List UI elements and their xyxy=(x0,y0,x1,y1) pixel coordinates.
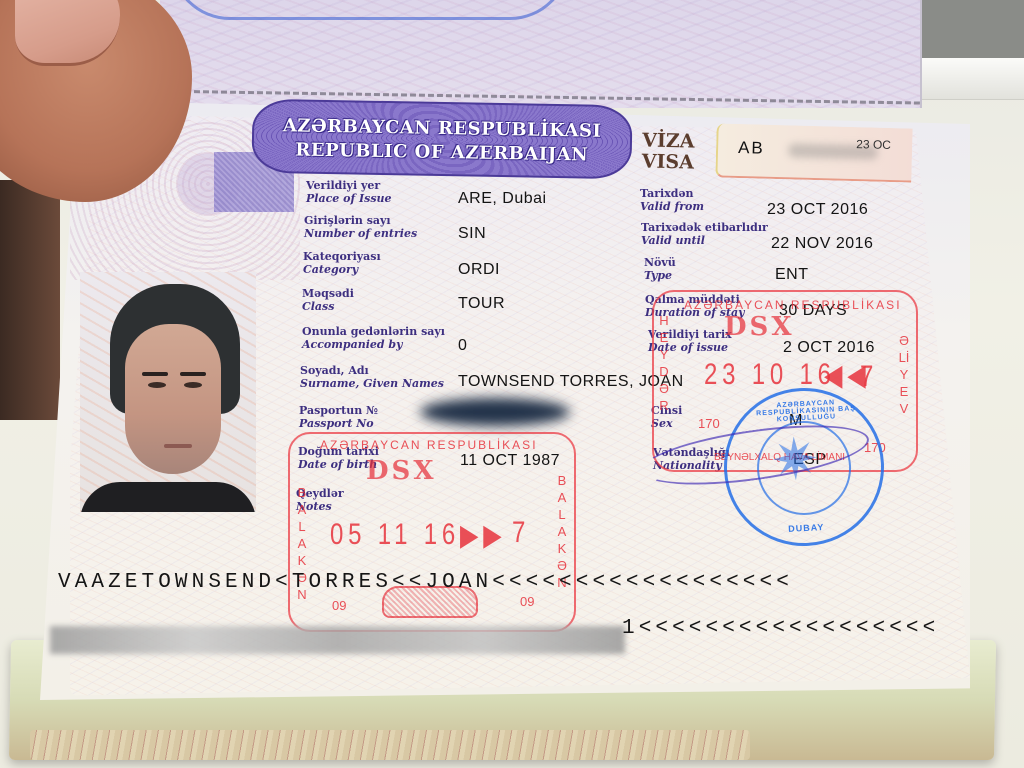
stamp-emblem-text: DSX xyxy=(724,312,795,342)
field-label-class: Məqsədi Class xyxy=(302,287,354,313)
field-label-passport-no: Pasportun № Passport No xyxy=(299,404,378,430)
visa-number-prefix: AB xyxy=(738,138,765,159)
field-label-valid-from: Tarixdən Valid from xyxy=(640,187,704,213)
blue-stamp-fragment xyxy=(170,0,570,20)
seal-city: DUBAY xyxy=(788,522,825,534)
stamp-code: 09 xyxy=(332,598,346,613)
stamp-arc-text: AZƏRBAYCAN RESPUBLİKASI xyxy=(684,298,902,312)
stamp-date: 23 10 16 xyxy=(704,358,836,392)
photo-mouth xyxy=(164,444,192,448)
entry-stamp: AZƏRBAYCAN RESPUBLİKASI DSX BALAKƏN BALA… xyxy=(288,432,576,632)
photo-face xyxy=(125,324,221,474)
mrz-line-1: VAAZETOWNSEND<TORRES<<JOAN<<<<<<<<<<<<<<… xyxy=(58,571,793,594)
visa-number-suffix: 23 OC xyxy=(856,137,891,152)
stamp-direction: ▶▶ xyxy=(460,518,507,553)
holder-photo xyxy=(80,272,256,512)
background-hand-shadow xyxy=(0,180,60,420)
stamp-code: 09 xyxy=(520,594,534,609)
stamp-emblem-text: DSX xyxy=(366,456,437,486)
stamp-side-text: HEYDƏR xyxy=(658,312,670,414)
field-value-number-of-entries: SIN xyxy=(458,225,486,243)
banner-title-az: AZƏRBAYCAN RESPUBLİKASI xyxy=(254,115,630,143)
passport-number-redacted xyxy=(420,398,570,426)
photo-brow xyxy=(180,372,206,376)
photo-eye xyxy=(148,382,166,388)
passport-page-stack xyxy=(30,730,750,760)
field-value-category: ORDI xyxy=(458,261,500,279)
stamp-code: 170 xyxy=(698,416,720,431)
field-label-surname-given-names: Soyadı, Adı Surname, Given Names xyxy=(300,364,444,390)
field-value-surname-given-names: TOWNSEND TORRES, JOAN xyxy=(458,373,684,391)
document-type: VİZA VISA xyxy=(642,130,695,173)
field-value-accompanied-by: 0 xyxy=(458,337,467,355)
field-label-category: Kateqoriyası Category xyxy=(303,250,381,276)
seal-ring-text: AZƏRBAYCAN RESPUBLİKASININ BAŞ KONSULLUĞ… xyxy=(746,398,867,425)
stamp-number: 7 xyxy=(860,360,878,394)
visa-number-box: AB 23 OC xyxy=(715,123,912,182)
document-type-az: VİZA xyxy=(642,130,695,152)
mrz-line-2-redacted xyxy=(50,626,625,654)
field-value-type: ENT xyxy=(775,266,809,284)
mrz-line-2-visible: 1<<<<<<<<<<<<<<<<<< xyxy=(622,617,939,640)
banner-title-en: REPUBLIC OF AZERBAIJAN xyxy=(254,139,630,167)
field-label-type: Növü Type xyxy=(644,256,676,282)
field-label-accompanied-by: Onunla gedənlərin sayı Accompanied by xyxy=(302,325,445,351)
background-table-surface xyxy=(910,0,1024,60)
document-type-en: VISA xyxy=(642,151,695,173)
field-value-valid-from: 23 OCT 2016 xyxy=(767,201,868,219)
field-value-valid-until: 22 NOV 2016 xyxy=(771,235,873,253)
stamp-date: 05 11 16 xyxy=(330,518,460,552)
field-value-place-of-issue: ARE, Dubai xyxy=(458,190,547,208)
header-banner: AZƏRBAYCAN RESPUBLİKASI REPUBLIC OF AZER… xyxy=(251,99,632,180)
field-label-number-of-entries: Girişlərin sayı Number of entries xyxy=(304,214,417,240)
photo-eye xyxy=(184,382,202,388)
thumbnail xyxy=(15,0,120,66)
photo-shirt xyxy=(80,482,256,512)
stamp-arc-text: AZƏRBAYCAN RESPUBLİKASI xyxy=(320,438,538,452)
field-value-class: TOUR xyxy=(458,295,505,313)
stamp-number: 7 xyxy=(512,516,530,550)
photo-brow xyxy=(142,372,168,376)
stamp-side-text: ƏLİYEV xyxy=(898,332,910,417)
background-ledge xyxy=(915,58,1024,100)
field-label-place-of-issue: Verildiyi yer Place of Issue xyxy=(306,179,392,205)
field-label-valid-until: Tarixədək etibarlıdır Valid until xyxy=(641,221,768,247)
